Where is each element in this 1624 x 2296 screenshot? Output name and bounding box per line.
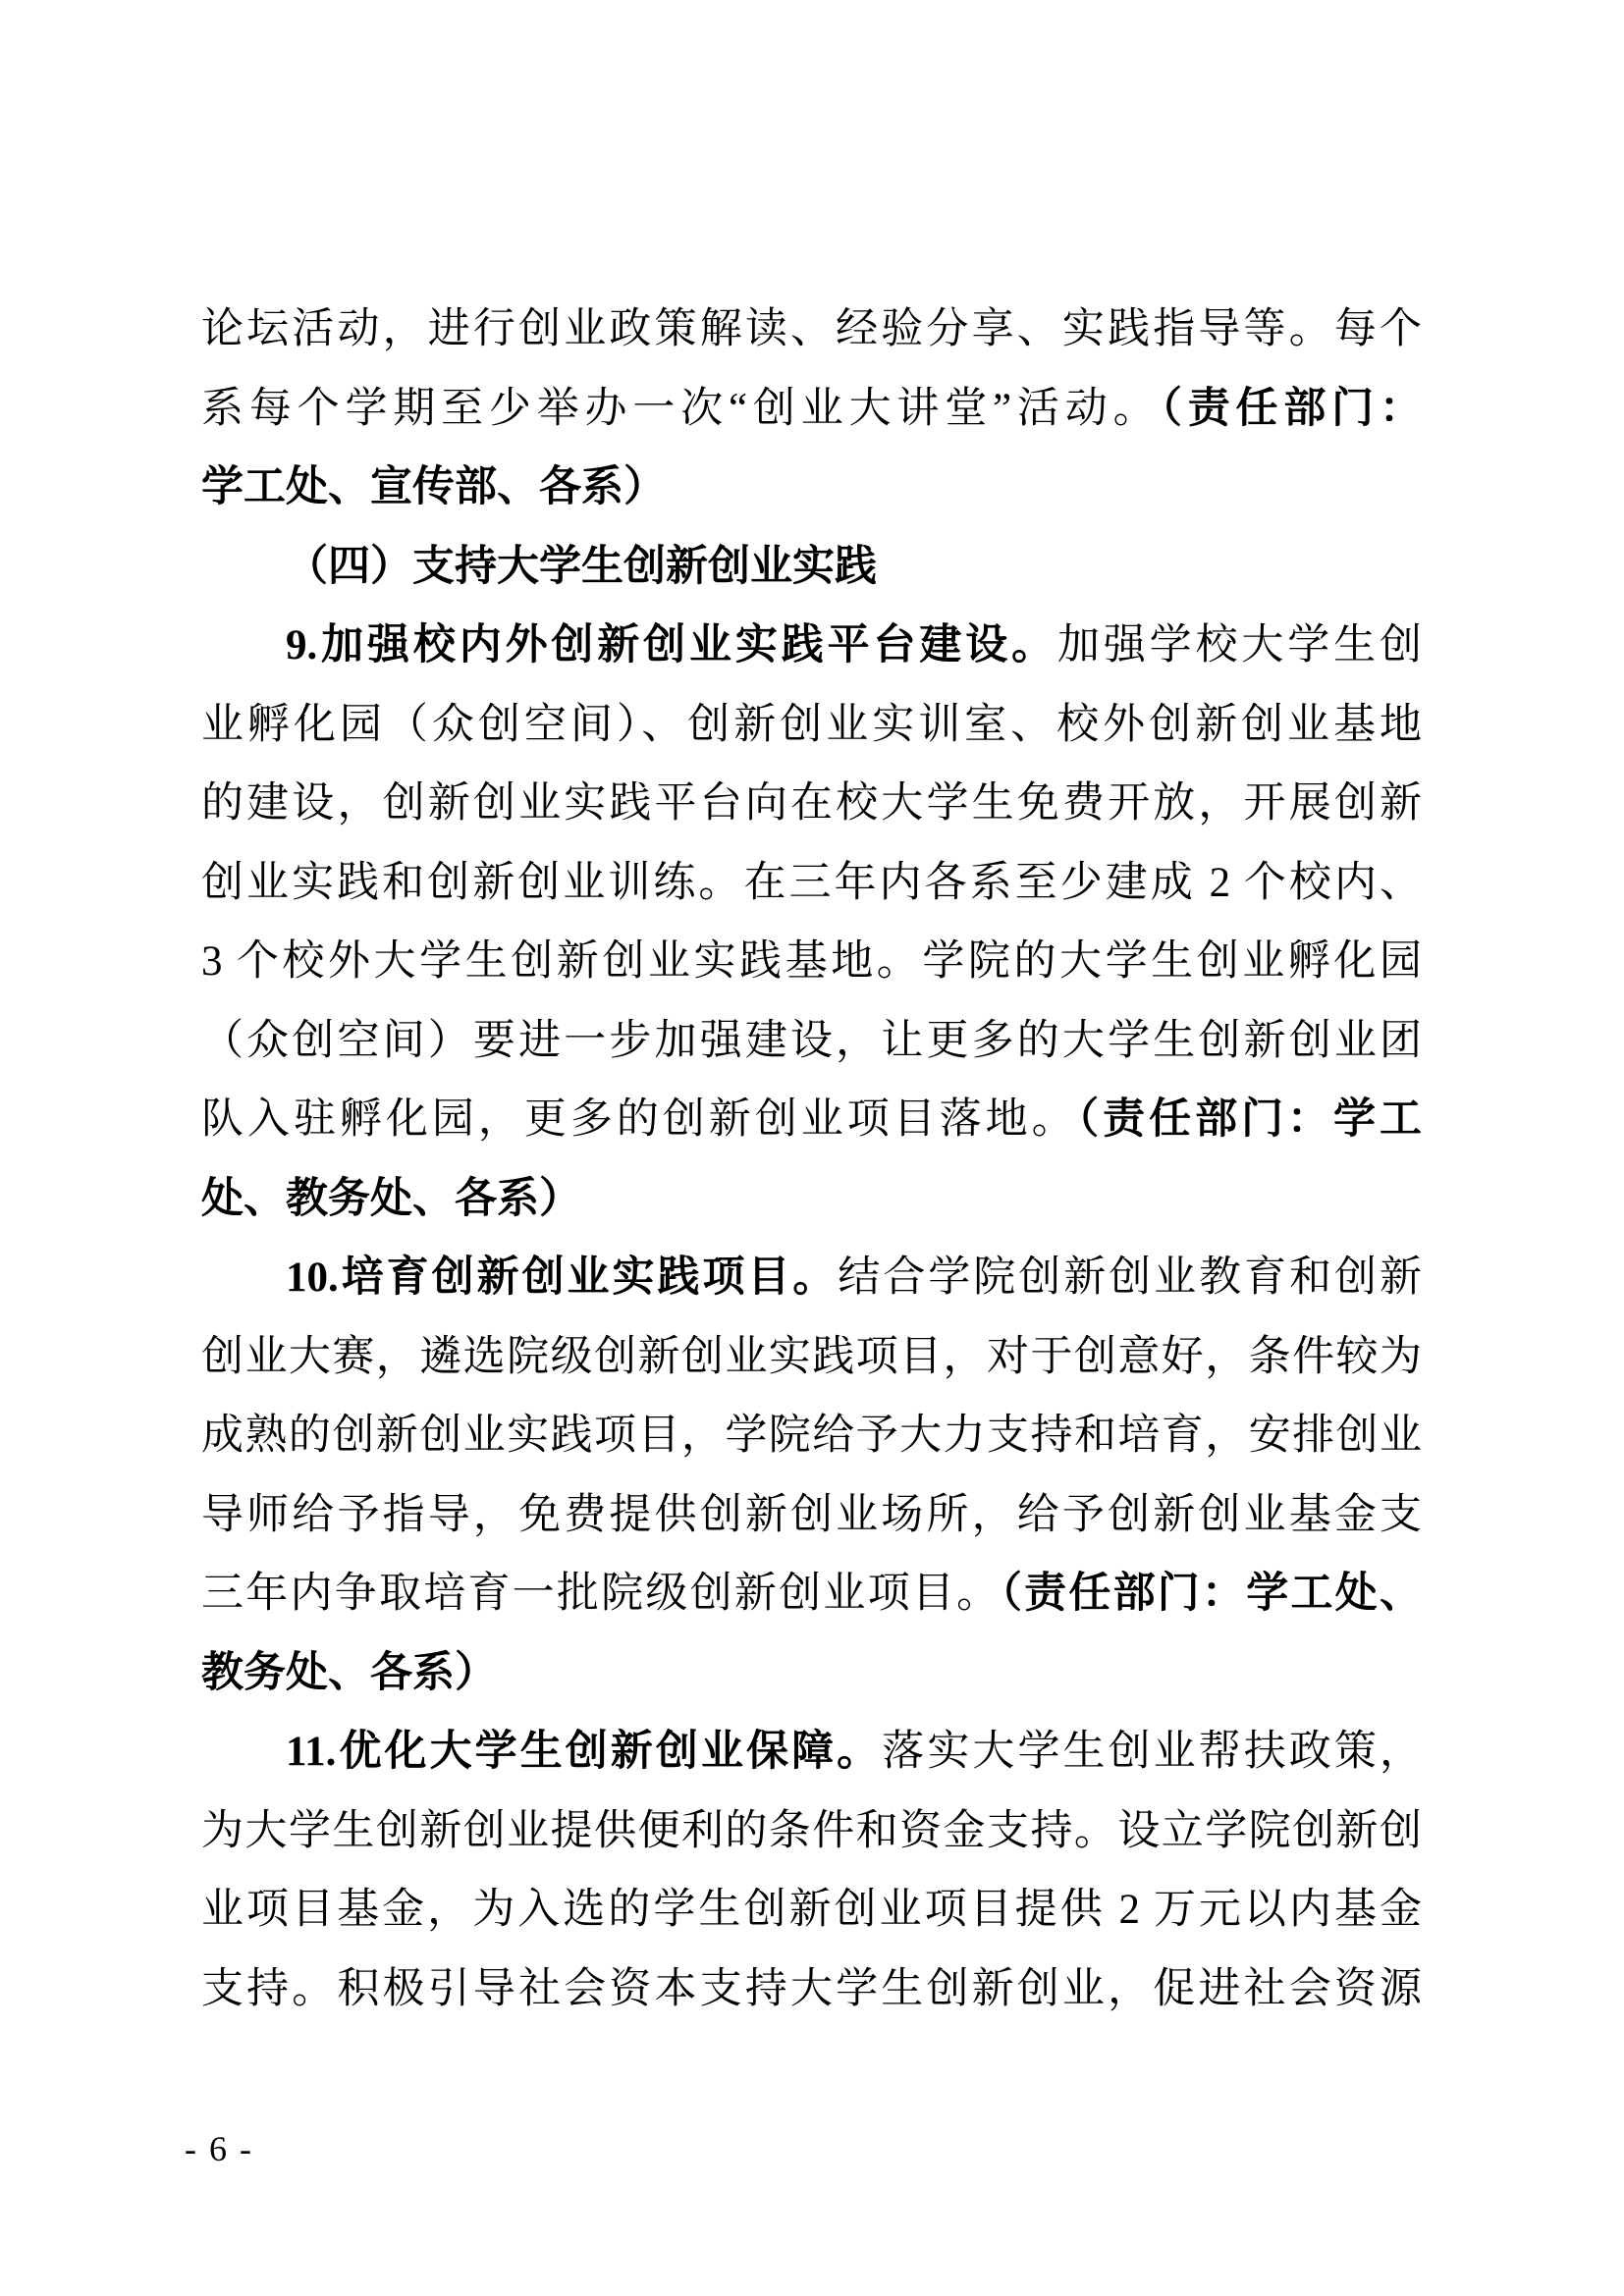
text-segment: 成熟的创新创业实践项目，学院给予大力支持和培育，安排创业 <box>201 1413 1422 1459</box>
text-segment: 的建设，创新创业实践平台向在校大学生免费开放，开展创新 <box>201 780 1422 827</box>
text-line: 的建设，创新创业实践平台向在校大学生免费开放，开展创新 <box>201 765 1422 844</box>
text-segment: 为大学生创新创业提供便利的条件和资金支持。设立学院创新创 <box>201 1808 1422 1854</box>
text-segment: 3 个校外大学生创新创业实践基地。学院的大学生创业孵化园 <box>201 938 1422 985</box>
text-segment: 论坛活动，进行创业政策解读、经验分享、实践指导等。每个 <box>201 306 1422 352</box>
text-segment: 创业大赛，遴选院级创新创业实践项目，对于创意好，条件较为 <box>201 1334 1422 1380</box>
text-segment: 支持。积极引导社会资本支持大学生创新创业，促进社会资源 <box>201 1966 1422 2012</box>
bold-text-segment: （责任部门：学工处、 <box>1001 1571 1422 1617</box>
text-line: 系每个学期至少举办一次“创业大讲堂”活动。（责任部门： <box>201 370 1422 450</box>
text-line: 学工处、宣传部、各系） <box>201 449 1422 528</box>
text-line: （众创空间）要进一步加强建设，让更多的大学生创新创业团 <box>201 1002 1422 1082</box>
text-segment: 业孵化园（众创空间）、创新创业实训室、校外创新创业基地 <box>201 702 1422 748</box>
bold-text-segment: 9.加强校内外创新创业实践平台建设。 <box>286 622 1057 668</box>
bold-text-segment: 处、教务处、各系） <box>201 1176 581 1222</box>
bold-text-segment: 学工处、宣传部、各系） <box>201 464 666 510</box>
text-line: 教务处、各系） <box>201 1634 1422 1714</box>
text-line: 业孵化园（众创空间）、创新创业实训室、校外创新创业基地 <box>201 686 1422 766</box>
text-segment: 队入驻孵化园，更多的创新创业项目落地。 <box>201 1096 1078 1143</box>
bold-text-segment: （责任部门：学工 <box>1078 1096 1422 1143</box>
text-segment: 导师给予指导，免费提供创新创业场所，给予创新创业基金支持。 <box>201 1492 1422 1556</box>
bold-text-segment: 11.优化大学生创新创业保障。 <box>286 1729 882 1775</box>
bold-text-segment: （四）支持大学生创新创业实践 <box>286 544 877 590</box>
text-line: 9.加强校内外创新创业实践平台建设。加强学校大学生创 <box>201 607 1422 686</box>
text-segment: （众创空间）要进一步加强建设，让更多的大学生创新创业团 <box>201 1018 1422 1064</box>
bold-text-segment: （责任部门： <box>1161 386 1422 432</box>
text-segment: 落实大学生创业帮扶政策， <box>882 1729 1422 1775</box>
text-segment: 业项目基金，为入选的学生创新创业项目提供 2 万元以内基金 <box>201 1887 1422 1933</box>
text-line: 创业实践和创新创业训练。在三年内各系至少建成 2 个校内、 <box>201 844 1422 924</box>
text-line: 支持。积极引导社会资本支持大学生创新创业，促进社会资源 <box>201 1950 1422 2030</box>
text-line: 为大学生创新创业提供便利的条件和资金支持。设立学院创新创 <box>201 1792 1422 1872</box>
text-line: 3 个校外大学生创新创业实践基地。学院的大学生创业孵化园 <box>201 923 1422 1002</box>
page-number: - 6 - <box>185 2128 253 2169</box>
text-segment: 加强学校大学生创 <box>1057 622 1422 668</box>
document-body: 论坛活动，进行创业政策解读、经验分享、实践指导等。每个系每个学期至少举办一次“创… <box>201 291 1422 2029</box>
text-line: 10.培育创新创业实践项目。结合学院创新创业教育和创新 <box>201 1239 1422 1318</box>
text-line: 成熟的创新创业实践项目，学院给予大力支持和培育，安排创业 <box>201 1397 1422 1476</box>
text-line: 论坛活动，进行创业政策解读、经验分享、实践指导等。每个 <box>201 291 1422 370</box>
text-line: 三年内争取培育一批院级创新创业项目。（责任部门：学工处、 <box>201 1555 1422 1634</box>
text-segment: 三年内争取培育一批院级创新创业项目。 <box>201 1571 1001 1617</box>
bold-text-segment: 教务处、各系） <box>201 1650 497 1696</box>
text-line: 业项目基金，为入选的学生创新创业项目提供 2 万元以内基金 <box>201 1871 1422 1950</box>
bold-text-segment: 10.培育创新创业实践项目。 <box>286 1255 838 1301</box>
text-line: 导师给予指导，免费提供创新创业场所，给予创新创业基金支持。 <box>201 1476 1422 1556</box>
text-segment: 创业实践和创新创业训练。在三年内各系至少建成 2 个校内、 <box>201 860 1422 906</box>
text-segment: 系每个学期至少举办一次“创业大讲堂”活动。 <box>201 386 1161 432</box>
text-line: （四）支持大学生创新创业实践 <box>201 528 1422 608</box>
text-segment: 结合学院创新创业教育和创新 <box>838 1255 1422 1301</box>
text-line: 队入驻孵化园，更多的创新创业项目落地。（责任部门：学工 <box>201 1081 1422 1160</box>
text-line: 创业大赛，遴选院级创新创业实践项目，对于创意好，条件较为 <box>201 1318 1422 1398</box>
document-page: 论坛活动，进行创业政策解读、经验分享、实践指导等。每个系每个学期至少举办一次“创… <box>0 0 1624 2296</box>
text-line: 处、教务处、各系） <box>201 1160 1422 1240</box>
text-line: 11.优化大学生创新创业保障。落实大学生创业帮扶政策， <box>201 1713 1422 1792</box>
